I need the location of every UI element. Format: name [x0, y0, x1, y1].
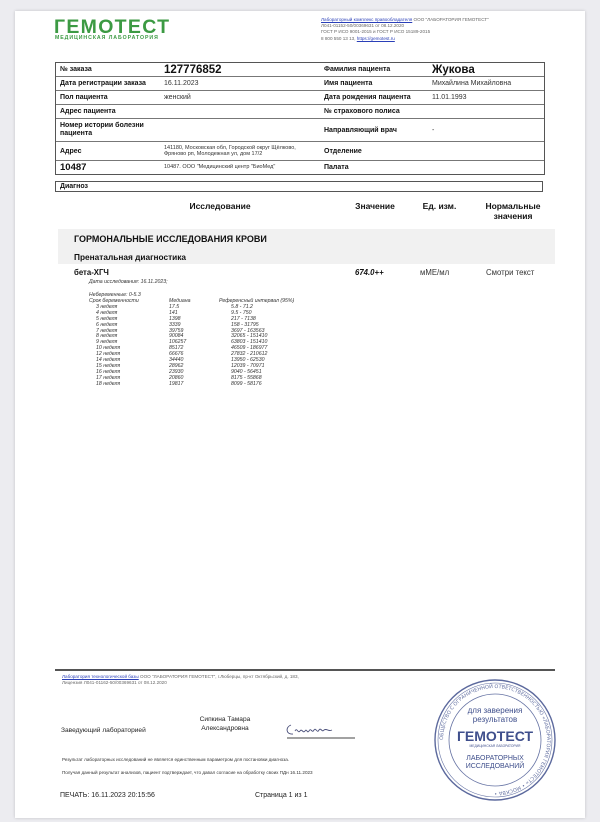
registration-date: 16.11.2023	[160, 80, 320, 87]
test-norm: Смотри текст	[486, 268, 534, 277]
research-date: Дата исследования: 16.11.2023;	[89, 280, 168, 286]
signature	[283, 719, 359, 741]
field-label: № заказа	[56, 66, 160, 73]
field-label: Дата рождения пациента	[320, 94, 428, 101]
field-label: Адрес пациента	[56, 108, 160, 115]
disclaimer-diagnosis: Результат лабораторных исследований не я…	[62, 757, 289, 762]
field-label: Пол пациента	[56, 94, 160, 101]
lab-stamp: ОБЩЕСТВО С ОГРАНИЧЕННОЙ ОТВЕТСТВЕННОСТЬЮ…	[430, 675, 560, 805]
subsection-title: Пренатальная диагностика	[74, 252, 186, 262]
lab-info-phone: 8 800 550 13 13,	[321, 36, 357, 41]
patient-info-table: № заказа 127776852 Фамилия пациента Жуко…	[55, 62, 545, 175]
field-label: Направляющий врач	[320, 127, 428, 134]
logo-subtitle: МЕДИЦИНСКАЯ ЛАБОРАТОРИЯ	[55, 35, 159, 42]
patient-sex: женский	[160, 94, 320, 101]
patient-row: 10487 10487. ООО "Медицинский центр "Био…	[56, 161, 544, 174]
order-number: 127776852	[160, 64, 320, 76]
lab-info-link[interactable]: Лабораторный комплекс правообладателя	[321, 17, 412, 22]
lab-info: Лабораторный комплекс правообладателя ОО…	[321, 17, 551, 42]
patient-row: № заказа 127776852 Фамилия пациента Жуко…	[56, 63, 544, 77]
clinic-name: 10487. ООО "Медицинский центр "БиоМед"	[160, 164, 320, 171]
referring-doctor: -	[428, 127, 544, 134]
stamp-brand-sub: МЕДИЦИНСКАЯ ЛАБОРАТОРИЯ	[470, 744, 522, 748]
ref-interval: 8099 - 58176	[219, 382, 309, 388]
footer-lab-info: Лаборатория технологической базы ООО "ЛА…	[62, 674, 402, 685]
column-header-value: Значение	[345, 201, 405, 211]
field-label: Фамилия пациента	[320, 66, 428, 73]
patient-row: Адрес пациента № страхового полиса	[56, 105, 544, 119]
column-header-unit: Ед. изм.	[412, 201, 467, 211]
lab-base-link[interactable]: Лаборатория технологической базы	[62, 674, 139, 679]
section-title: ГОРМОНАЛЬНЫЕ ИССЛЕДОВАНИЯ КРОВИ	[74, 234, 267, 244]
stamp-top-text: для заверения	[468, 706, 523, 715]
patient-surname: Жукова	[428, 64, 544, 76]
stamp-brand: ГЕМОТЕСТ	[457, 728, 533, 744]
patient-row: Пол пациента женский Дата рождения пацие…	[56, 91, 544, 105]
patient-row: Дата регистрации заказа 16.11.2023 Имя п…	[56, 77, 544, 91]
patient-row: Адрес 141180, Московская обл, Городской …	[56, 142, 544, 161]
reference-table: Срок беременности Медиана Референсный ин…	[89, 299, 309, 388]
print-timestamp: ПЕЧАТЬ: 16.11.2023 20:15:56	[60, 792, 155, 799]
reference-row: 18 неделя198178099 - 58176	[89, 382, 309, 388]
head-name-line2: Александровна	[190, 725, 260, 734]
field-label: Дата регистрации заказа	[56, 80, 160, 87]
patient-birthdate: 11.01.1993	[428, 94, 544, 101]
stamp-top-text2: результатов	[473, 715, 517, 724]
stamp-bottom-text: ЛАБОРАТОРНЫХ	[466, 755, 524, 762]
head-name-line1: Сипкина Тамара	[190, 716, 260, 725]
test-unit: мМЕ/мл	[420, 268, 449, 277]
test-value: 674.0++	[355, 268, 384, 277]
clinic-address: 141180, Московская обл, Городской округ …	[160, 145, 320, 158]
disclaimer-consent: Получая данный результат анализов, пацие…	[62, 770, 313, 775]
lab-info-org: ООО "ЛАБОРАТОРИЯ ГЕМОТЕСТ"	[412, 17, 489, 22]
field-label: Номер истории болезни пациента	[56, 122, 160, 139]
patient-row: Номер истории болезни пациента Направляю…	[56, 119, 544, 142]
ref-median: 19817	[169, 382, 219, 388]
diagnosis-field: Диагноз	[55, 181, 543, 192]
head-of-lab-name: Сипкина Тамара Александровна	[190, 716, 260, 733]
head-of-lab-label: Заведующий лабораторией	[61, 727, 146, 734]
test-name: бета-ХГЧ	[74, 268, 109, 277]
field-label: Адрес	[56, 148, 160, 155]
field-label: № страхового полиса	[320, 108, 428, 115]
page-number: Страница 1 из 1	[255, 792, 307, 799]
lab-base-text: ООО "ЛАБОРАТОРИЯ ГЕМОТЕСТ", г.Люберцы, п…	[139, 674, 299, 679]
logo-title: ГЕМОТЕСТ	[54, 17, 170, 37]
field-label: Имя пациента	[320, 80, 428, 87]
clinic-code: 10487	[56, 162, 160, 173]
footer-divider	[55, 669, 555, 671]
column-header-test: Исследование	[160, 201, 280, 211]
stamp-bottom-text2: ИССЛЕДОВАНИЙ	[466, 761, 525, 770]
ref-term: 18 неделя	[89, 382, 169, 388]
field-label: Отделение	[320, 148, 428, 155]
lab-base-license: Лицензия Л041-01162-50/00369631 от 08.12…	[62, 680, 402, 686]
field-label: Палата	[320, 164, 428, 171]
patient-name: Михайлина Михайловна	[428, 80, 544, 87]
lab-website-link[interactable]: https://gemotest.ru	[357, 36, 395, 41]
column-header-norm: Нормальные значения	[478, 201, 548, 221]
